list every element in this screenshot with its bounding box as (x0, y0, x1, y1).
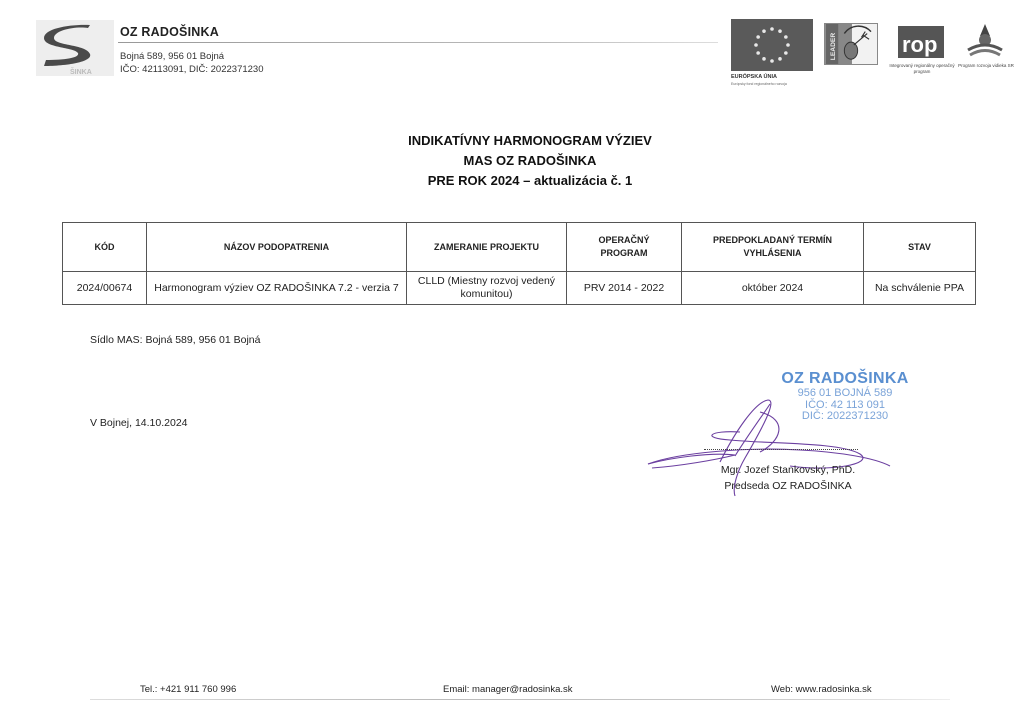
cell-measure-name: Harmonogram výziev OZ RADOŠINKA 7.2 - ve… (147, 272, 407, 305)
footer-email[interactable]: Email: manager@radosinka.sk (443, 684, 573, 695)
stamp-address: 956 01 BOJNÁ 589 (720, 388, 970, 400)
cell-status: Na schválenie PPA (864, 272, 976, 305)
organization-address-block: Bojná 589, 956 01 Bojná IČO: 42113091, D… (120, 50, 263, 76)
svg-text:rop: rop (902, 32, 937, 57)
irop-caption: Integrovaný regionálny operačný program (882, 63, 962, 75)
signature-line (704, 449, 858, 450)
title-line-1: INDIKATÍVNY HARMONOGRAM VÝZIEV (0, 131, 1024, 151)
rural-development-program-logo-icon (966, 22, 1004, 60)
svg-text:LEADER: LEADER (830, 33, 837, 61)
column-header-code: KÓD (63, 223, 147, 272)
column-header-expected-date: PREDPOKLADANÝ TERMÍN VYHLÁSENIA (682, 223, 864, 272)
signer-name: Mgr. Jozef Stankovský, PhD. (700, 464, 876, 476)
official-stamp: OZ RADOŠINKA 956 01 BOJNÁ 589 IČO: 42 11… (720, 370, 970, 423)
title-line-2: MAS OZ RADOŠINKA (0, 151, 1024, 171)
stamp-name: OZ RADOŠINKA (720, 370, 970, 388)
prv-caption: Program rozvoja vidieka SR (954, 63, 1018, 69)
footer-phone: Tel.: +421 911 760 996 (140, 684, 236, 695)
column-header-measure-name: NÁZOV PODOPATRENIA (147, 223, 407, 272)
cell-project-focus: CLLD (Miestny rozvoj vedený komunitou) (407, 272, 567, 305)
table-row: 2024/00674 Harmonogram výziev OZ RADOŠIN… (63, 272, 976, 305)
organization-ids: IČO: 42113091, DIČ: 2022371230 (120, 63, 263, 76)
table-header-row: KÓD NÁZOV PODOPATRENIA ZAMERANIE PROJEKT… (63, 223, 976, 272)
place-and-date: V Bojnej, 14.10.2024 (90, 417, 188, 429)
leader-logo-icon: LEADER (824, 23, 878, 65)
eu-flag-icon (731, 19, 813, 71)
svg-text:ŠINKA: ŠINKA (70, 67, 92, 76)
cell-code: 2024/00674 (63, 272, 147, 305)
mas-seat: Sídlo MAS: Bojná 589, 956 01 Bojná (90, 334, 260, 346)
footer-web[interactable]: Web: www.radosinka.sk (771, 684, 872, 695)
stamp-dic: DIČ: 2022371230 (720, 411, 970, 423)
footer-divider (90, 699, 950, 700)
column-header-operational-program: OPERAČNÝ PROGRAM (567, 223, 682, 272)
organization-name: OZ RADOŠINKA (120, 25, 219, 39)
eu-subcaption: Európsky fond regionálneho rozvoja (731, 82, 787, 86)
organization-logo-icon: ŠINKA (36, 20, 114, 76)
cell-expected-date: október 2024 (682, 272, 864, 305)
organization-address: Bojná 589, 956 01 Bojná (120, 50, 263, 63)
column-header-status: STAV (864, 223, 976, 272)
header-divider (118, 42, 718, 43)
calls-schedule-table: KÓD NÁZOV PODOPATRENIA ZAMERANIE PROJEKT… (62, 222, 976, 305)
column-header-project-focus: ZAMERANIE PROJEKTU (407, 223, 567, 272)
cell-operational-program: PRV 2014 - 2022 (567, 272, 682, 305)
title-line-3: PRE ROK 2024 – aktualizácia č. 1 (0, 171, 1024, 191)
document-title: INDIKATÍVNY HARMONOGRAM VÝZIEV MAS OZ RA… (0, 131, 1024, 191)
signer-role: Predseda OZ RADOŠINKA (700, 480, 876, 492)
eu-caption: EURÓPSKA ÚNIA (731, 74, 777, 80)
irop-logo-icon: rop (898, 24, 944, 60)
